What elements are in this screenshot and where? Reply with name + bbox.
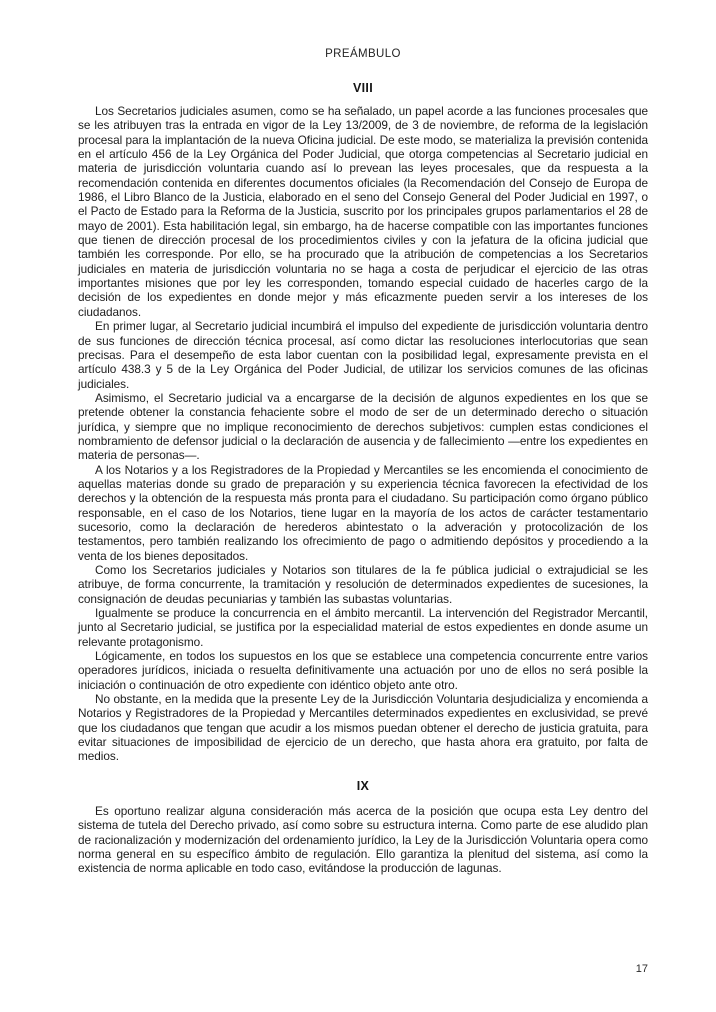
- paragraph: Es oportuno realizar alguna consideració…: [78, 804, 648, 876]
- page-number: 17: [636, 963, 648, 975]
- paragraph: A los Notarios y a los Registradores de …: [78, 463, 648, 563]
- paragraph: Lógicamente, en todos los supuestos en l…: [78, 649, 648, 692]
- paragraph: Igualmente se produce la concurrencia en…: [78, 606, 648, 649]
- paragraph: En primer lugar, al Secretario judicial …: [78, 319, 648, 391]
- paragraph: Asimismo, el Secretario judicial va a en…: [78, 391, 648, 463]
- paragraph: No obstante, en la medida que la present…: [78, 692, 648, 764]
- document-page: PREÁMBULO VIII Los Secretarios judiciale…: [78, 47, 648, 876]
- document-title: PREÁMBULO: [78, 47, 648, 61]
- section-heading-ix: IX: [78, 779, 648, 794]
- paragraph: Como los Secretarios judiciales y Notari…: [78, 563, 648, 606]
- paragraph: Los Secretarios judiciales asumen, como …: [78, 104, 648, 319]
- section-heading-viii: VIII: [78, 81, 648, 96]
- section-viii-body: Los Secretarios judiciales asumen, como …: [78, 104, 648, 764]
- section-ix-body: Es oportuno realizar alguna consideració…: [78, 804, 648, 876]
